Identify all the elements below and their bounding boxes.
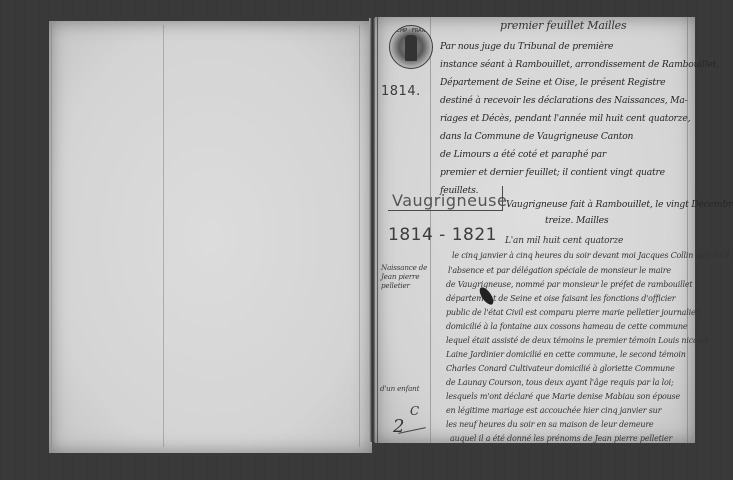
ruled-line bbox=[51, 25, 52, 447]
act-line: public de l'état Civil est comparu pierr… bbox=[446, 308, 699, 317]
margin-note-birth: Naissance de Jean pierre pelletier bbox=[381, 263, 429, 290]
preamble-line: destiné à recevoir les déclarations des … bbox=[440, 95, 688, 106]
margin-initials: C bbox=[410, 404, 419, 418]
header-handwritten: premier feuillet Mailles bbox=[500, 19, 626, 32]
preamble-line: dans la Commune de Vaugrigneuse Canton bbox=[440, 131, 633, 142]
margin-note-child: d'un enfant bbox=[380, 384, 428, 393]
act-line: le cinq janvier à cinq heures du soir de… bbox=[452, 251, 729, 260]
stamp-seal: EMP · FRAN bbox=[389, 25, 433, 69]
margin-note-line: pelletier bbox=[381, 281, 429, 290]
act-line: en légitime mariage est accouchée hier c… bbox=[446, 406, 661, 415]
stamp-frame bbox=[388, 186, 503, 211]
act-line: L'an mil huit cent quatorze bbox=[505, 236, 623, 246]
act-line: Charles Conard Cultivateur domicilié à g… bbox=[446, 364, 675, 373]
preamble-line: premier et dernier feuillet; il contient… bbox=[440, 167, 665, 178]
act-line: l'absence et par délégation spéciale de … bbox=[448, 266, 671, 275]
year-range: 1814 - 1821 bbox=[388, 225, 497, 245]
act-line: Laine Jardinier domicilié en cette commu… bbox=[446, 350, 686, 359]
preamble-line: de Limours a été coté et paraphé par bbox=[440, 149, 606, 160]
preamble-line: instance séant à Rambouillet, arrondisse… bbox=[440, 59, 719, 70]
left-page-blank bbox=[49, 21, 372, 453]
act-line: de Launay Courson, tous deux ayant l'âge… bbox=[446, 378, 673, 387]
ruled-line bbox=[359, 25, 360, 447]
seal-figure-icon bbox=[405, 35, 417, 61]
margin-rule bbox=[377, 17, 378, 443]
ruled-line bbox=[163, 25, 164, 447]
margin-rule bbox=[687, 17, 688, 443]
preamble-line: Par nous juge du Tribunal de première bbox=[440, 41, 613, 52]
margin-note-line: Jean pierre bbox=[381, 272, 429, 281]
act-line: lequel était assisté de deux témoins le … bbox=[446, 336, 708, 345]
act-line: les neuf heures du soir en sa maison de … bbox=[446, 420, 653, 429]
margin-note-line: Naissance de bbox=[381, 263, 429, 272]
margin-year: 1814. bbox=[381, 84, 421, 99]
place-date-line-2: treize. Mailles bbox=[545, 215, 608, 226]
act-line: auquel il a été donné les prénoms de Jea… bbox=[450, 434, 672, 443]
preamble-line: Département de Seine et Oise, le présent… bbox=[440, 77, 665, 88]
act-line: domicilié à la fontaine aux cossons hame… bbox=[446, 322, 687, 331]
act-line: lesquels m'ont déclaré que Marie denise … bbox=[446, 392, 680, 401]
place-date-line: Vaugrigneuse fait à Rambouillet, le ving… bbox=[506, 199, 733, 210]
seal-text: EMP · FRAN bbox=[390, 28, 432, 34]
preamble-line: riages et Décès, pendant l'année mil hui… bbox=[440, 113, 690, 124]
